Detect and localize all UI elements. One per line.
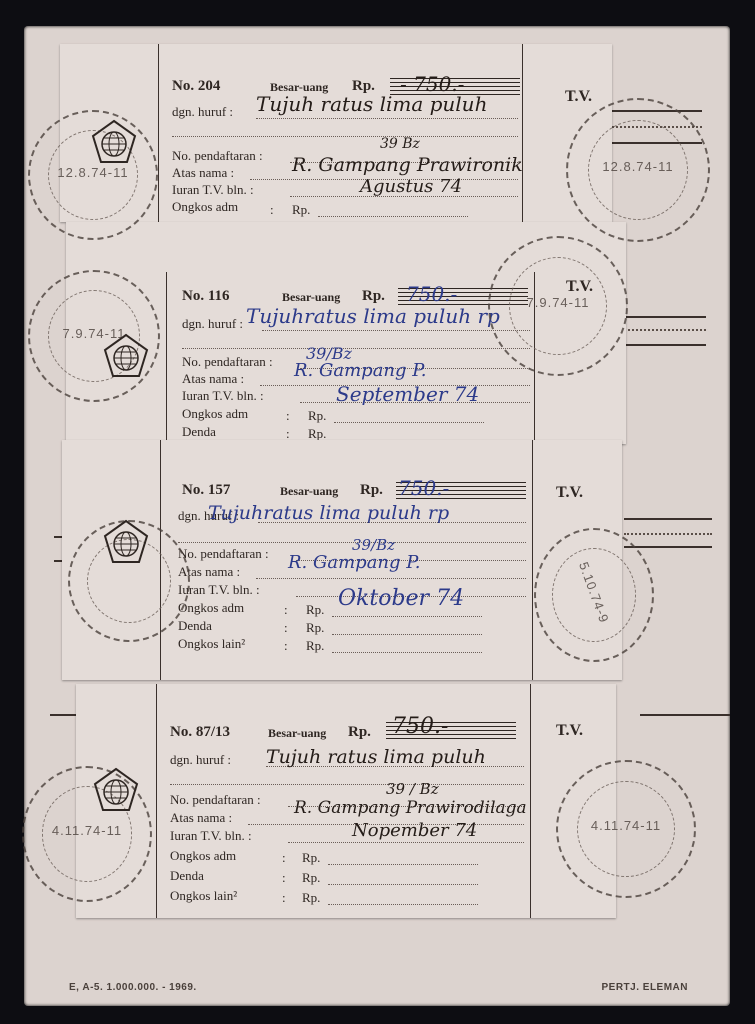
slip-number: No. 87/13 (170, 724, 230, 741)
dgn-huruf-label: dgn. huruf : (172, 104, 233, 120)
sheet-dots (624, 533, 712, 535)
dotted-line (328, 864, 478, 865)
no-pendaftaran-label: No. pendaftaran : (178, 546, 269, 562)
colon: : (282, 870, 286, 886)
dotted-line (256, 118, 518, 119)
slip-divider (532, 440, 533, 680)
atas-nama-value: R. Gampang Prawironik (292, 154, 523, 176)
dotted-line (332, 652, 482, 653)
slip-divider (522, 44, 523, 222)
dotted-line (170, 784, 524, 785)
amount-words: Tujuh ratus lima puluh (256, 92, 487, 116)
rp-label: Rp. (360, 482, 383, 499)
sheet-rule (640, 714, 730, 716)
atas-nama-label: Atas nama : (170, 810, 232, 826)
printer-name: PERTJ. ELEMAN (601, 982, 688, 993)
atas-nama-label: Atas nama : (182, 371, 244, 387)
dotted-line (328, 904, 478, 905)
colon: : (282, 850, 286, 866)
iuran-tv-label: Iuran T.V. bln. : (178, 582, 260, 598)
tv-label: T.V. (556, 722, 583, 740)
rp-label: Rp. (306, 620, 324, 636)
amount-value: 750.- (392, 714, 448, 739)
iuran-tv-label: Iuran T.V. bln. : (172, 182, 254, 198)
denda-label: Denda (170, 868, 204, 884)
ongkos-adm-label: Ongkos adm (178, 600, 244, 616)
colon: : (282, 890, 286, 906)
atas-nama-label: Atas nama : (172, 165, 234, 181)
slip-divider (156, 684, 157, 918)
dotted-line (334, 422, 484, 423)
postal-globe-logo-icon (92, 766, 140, 814)
rp-label: Rp. (306, 602, 324, 618)
no-pendaftaran-value: 39 / Bz (386, 780, 439, 798)
rp-label: Rp. (302, 890, 320, 906)
postmark-stamp: 4.11.74-11 (556, 760, 696, 898)
dotted-line (318, 216, 468, 217)
denda-label: Denda (178, 618, 212, 634)
dotted-line (256, 578, 526, 579)
iuran-bulan-value: September 74 (336, 382, 479, 406)
ongkos-adm-label: Ongkos adm (170, 848, 236, 864)
rp-label: Rp. (362, 288, 385, 305)
tv-label: T.V. (565, 88, 592, 106)
no-pendaftaran-value: 39 Bz (380, 136, 420, 152)
slip-divider (158, 44, 159, 222)
slip-number: No. 116 (182, 288, 230, 305)
atas-nama-value: R. Gampang Prawirodilaga (294, 798, 527, 818)
amount-value: 750.- (398, 476, 449, 500)
ongkos-lain-label: Ongkos lain² (178, 636, 245, 652)
sheet-rule (624, 344, 706, 346)
colon: : (284, 620, 288, 636)
no-pendaftaran-label: No. pendaftaran : (170, 792, 261, 808)
sheet-dots (624, 329, 706, 331)
rp-label: Rp. (348, 724, 371, 741)
postal-globe-logo-icon (102, 518, 150, 566)
colon: : (284, 602, 288, 618)
amount-words: Tujuh ratus lima puluh (266, 746, 486, 768)
rp-label: Rp. (292, 202, 310, 218)
postmark-stamp: 5.10.74-9 (534, 528, 654, 662)
besar-uang-label: Besar-uang (282, 290, 340, 305)
iuran-bulan-value: Agustus 74 (360, 176, 462, 197)
postmark-stamp: 7.9.74-11 (488, 236, 628, 376)
print-code: E, A-5. 1.000.000. - 1969. (69, 982, 197, 993)
iuran-tv-label: Iuran T.V. bln. : (182, 388, 264, 404)
colon: : (284, 638, 288, 654)
rp-label: Rp. (302, 870, 320, 886)
postal-globe-logo-icon (90, 118, 138, 166)
dotted-line (332, 616, 482, 617)
postmark-stamp: 12.8.74-11 (566, 98, 710, 242)
sheet-rule (624, 316, 706, 318)
ongkos-adm-label: Ongkos adm (182, 406, 248, 422)
ongkos-adm-label: Ongkos adm (172, 199, 238, 215)
rp-label: Rp. (306, 638, 324, 654)
amount-value: 750.- (406, 282, 457, 306)
colon: : (286, 408, 290, 424)
slip-number: No. 157 (182, 482, 230, 499)
besar-uang-label: Besar-uang (280, 484, 338, 499)
sheet-rule (624, 518, 712, 520)
dotted-line (172, 136, 518, 137)
atas-nama-value: R. Gampang P. (288, 552, 420, 573)
dotted-line (328, 884, 478, 885)
slip-divider (166, 272, 167, 444)
atas-nama-value: R. Gampang P. (294, 360, 426, 381)
slip-number: No. 204 (172, 78, 220, 95)
dotted-line (262, 330, 530, 331)
amount-words: Tujuhratus lima puluh rp (208, 502, 449, 524)
iuran-bulan-value: Nopember 74 (352, 820, 477, 841)
rp-label: Rp. (308, 408, 326, 424)
colon: : (270, 202, 274, 218)
dotted-line (288, 842, 524, 843)
dotted-line (332, 634, 482, 635)
no-pendaftaran-label: No. pendaftaran : (172, 148, 263, 164)
rp-label: Rp. (302, 850, 320, 866)
dotted-line (182, 348, 530, 349)
iuran-tv-label: Iuran T.V. bln. : (170, 828, 252, 844)
dgn-huruf-label: dgn. huruf : (170, 752, 231, 768)
tv-label: T.V. (556, 484, 583, 502)
postal-globe-logo-icon (102, 332, 150, 380)
receipt-slip-4: No. 87/13 Besar-uang Rp. 750.- T.V. dgn.… (76, 684, 616, 918)
denda-label: Denda (182, 424, 216, 440)
besar-uang-label: Besar-uang (268, 726, 326, 741)
slip-divider (530, 684, 531, 918)
no-pendaftaran-label: No. pendaftaran : (182, 354, 273, 370)
ongkos-lain-label: Ongkos lain² (170, 888, 237, 904)
iuran-bulan-value: Oktober 74 (338, 586, 464, 611)
amount-words: Tujuhratus lima puluh rp (246, 304, 500, 328)
dgn-huruf-label: dgn. huruf : (182, 316, 243, 332)
